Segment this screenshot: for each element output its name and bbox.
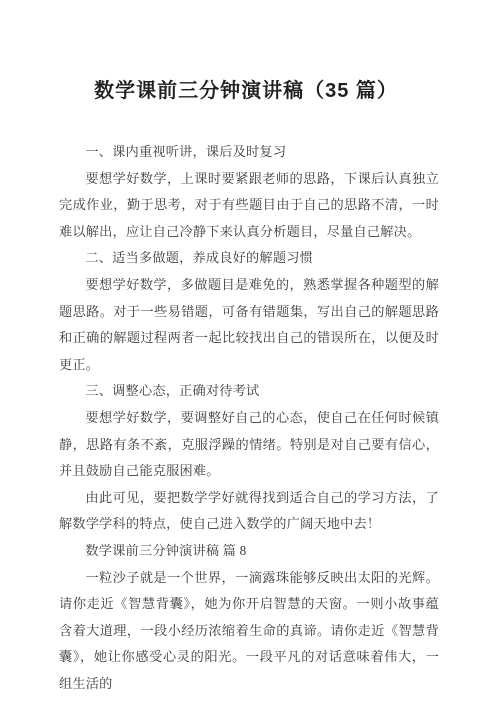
section-1-paragraph: 要想学好数学，上课时要紧跟老师的思路，下课后认真独立完成作业，勤于思考，对于有些… — [59, 166, 439, 246]
document-body: 一、课内重视听讲，课后及时复习 要想学好数学，上课时要紧跟老师的思路，下课后认真… — [59, 139, 439, 697]
section-3-paragraph: 要想学好数学，要调整好自己的心态，使自己在任何时候镇静，思路有条不紊，克服浮躁的… — [59, 405, 439, 485]
section-3-heading: 三、调整心态，正确对待考试 — [59, 378, 439, 405]
conclusion-paragraph: 由此可见，要把数学学好就得找到适合自己的学习方法，了解数学学科的特点，使自己进入… — [59, 485, 439, 538]
section-1-heading: 一、课内重视听讲，课后及时复习 — [59, 139, 439, 166]
section-2-paragraph: 要想学好数学，多做题目是难免的，熟悉掌握各种题型的解题思路。对于一些易错题，可备… — [59, 272, 439, 378]
document-title: 数学课前三分钟演讲稿（35 篇） — [0, 74, 492, 103]
section-2-heading: 二、适当多做题，养成良好的解题习惯 — [59, 245, 439, 272]
speech-8-paragraph: 一粒沙子就是一个世界，一滴露珠能够反映出太阳的光辉。请你走近《智慧背囊》，她为你… — [59, 565, 439, 698]
article-subtitle-part-8: 数学课前三分钟演讲稿 篇 8 — [59, 538, 439, 565]
document-page: 数学课前三分钟演讲稿（35 篇） 一、课内重视听讲，课后及时复习 要想学好数学，… — [0, 0, 500, 707]
